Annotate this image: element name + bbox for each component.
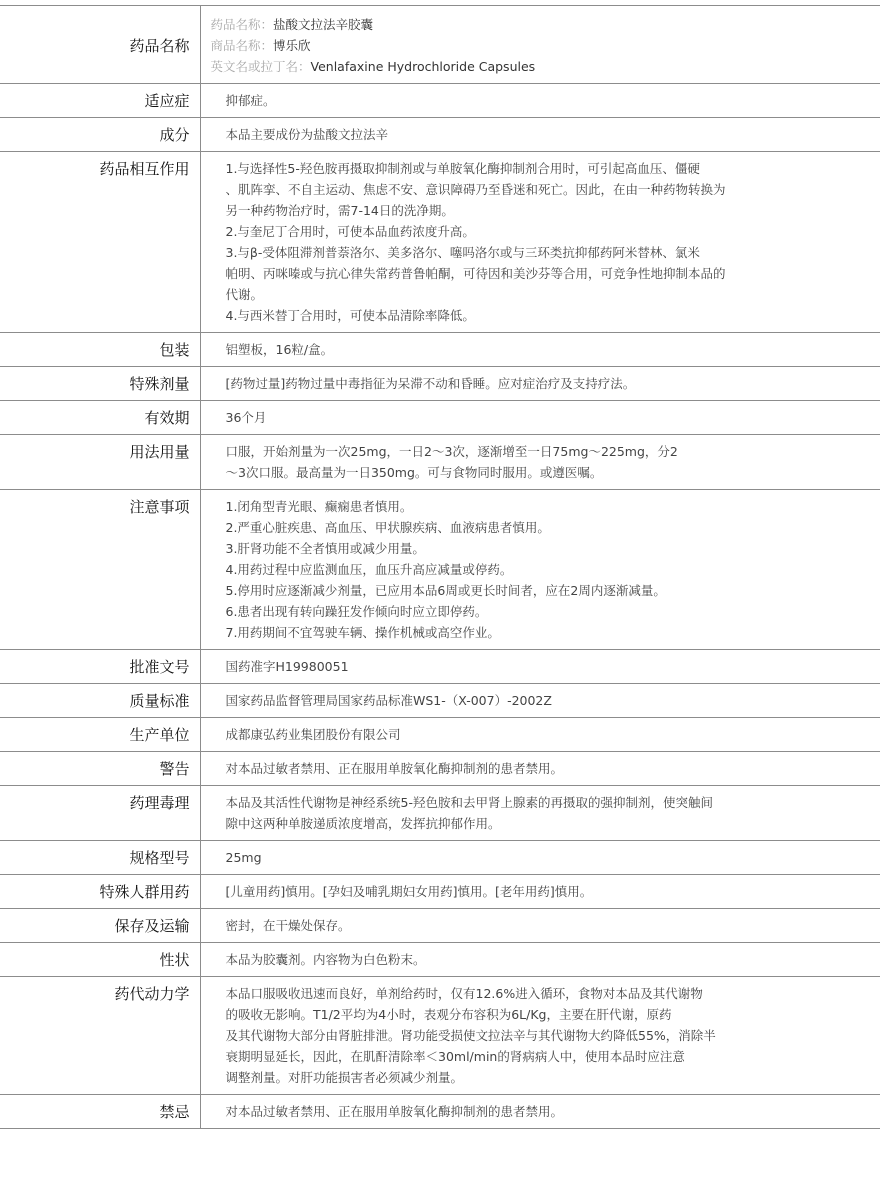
value-line: 本品口服吸收迅速而良好，单剂给药时，仅有12.6%进入循环，食物对本品及其代谢物 [226, 983, 857, 1004]
value-line: 25mg [226, 847, 857, 868]
drug-name-block: 药品名称：盐酸文拉法辛胶囊 商品名称：博乐欣 英文名或拉丁名：Venlafaxi… [201, 6, 880, 79]
row-value: 本品及其活性代谢物是神经系统5-羟色胺和去甲肾上腺素的再摄取的强抑制剂，使突触间… [201, 786, 880, 840]
value-line: 36个月 [226, 407, 857, 428]
value-line: 2.与奎尼丁合用时，可使本品血药浓度升高。 [226, 221, 857, 242]
english-name-value: Venlafaxine Hydrochloride Capsules [311, 59, 536, 74]
row-value: 本品为胶囊剂。内容物为白色粉末。 [201, 943, 880, 976]
spec-row: 包装铝塑板，16粒/盒。 [0, 333, 880, 367]
value-line: 7.用药期间不宜驾驶车辆、操作机械或高空作业。 [226, 622, 857, 643]
value-line: 本品及其活性代谢物是神经系统5-羟色胺和去甲肾上腺素的再摄取的强抑制剂，使突触间 [226, 792, 857, 813]
spec-row: 药代动力学本品口服吸收迅速而良好，单剂给药时，仅有12.6%进入循环，食物对本品… [0, 977, 880, 1095]
row-value-cell: 抑郁症。 [200, 84, 880, 118]
row-label: 生产单位 [0, 718, 190, 745]
row-value-cell: 本品及其活性代谢物是神经系统5-羟色胺和去甲肾上腺素的再摄取的强抑制剂，使突触间… [200, 786, 880, 841]
row-label-cell: 有效期 [0, 401, 200, 435]
row-value: 国家药品监督管理局国家药品标准WS1-（X-007）-2002Z [201, 684, 880, 717]
spec-row: 警告对本品过敏者禁用、正在服用单胺氧化酶抑制剂的患者禁用。 [0, 752, 880, 786]
row-value: [儿童用药]慎用。[孕妇及哺乳期妇女用药]慎用。[老年用药]慎用。 [201, 875, 880, 908]
value-line: 、肌阵挛、不自主运动、焦虑不安、意识障碍乃至昏迷和死亡。因此，在由一种药物转换为 [226, 179, 857, 200]
spec-row: 有效期36个月 [0, 401, 880, 435]
spec-row: 批准文号国药准字H19980051 [0, 650, 880, 684]
row-label: 注意事项 [0, 490, 190, 517]
row-label: 成分 [0, 118, 190, 145]
row-value-cell: 本品主要成份为盐酸文拉法辛 [200, 118, 880, 152]
row-value-cell: 密封，在干燥处保存。 [200, 909, 880, 943]
value-line: 本品为胶囊剂。内容物为白色粉末。 [226, 949, 857, 970]
row-value-cell: 1.闭角型青光眼、癫痫患者慎用。2.严重心脏疾患、高血压、甲状腺疾病、血液病患者… [200, 490, 880, 650]
row-label: 包装 [0, 333, 190, 360]
row-label: 禁忌 [0, 1095, 190, 1122]
row-label: 保存及运输 [0, 909, 190, 936]
row-value-cell: 口服，开始剂量为一次25mg，一日2～3次，逐渐增至一日75mg～225mg，分… [200, 435, 880, 490]
row-value-cell: 36个月 [200, 401, 880, 435]
row-label: 药代动力学 [0, 977, 190, 1004]
row-label: 药品名称 [0, 6, 190, 56]
spec-row: 特殊人群用药[儿童用药]慎用。[孕妇及哺乳期妇女用药]慎用。[老年用药]慎用。 [0, 875, 880, 909]
value-line: 1.与选择性5-羟色胺再摄取抑制剂或与单胺氧化酶抑制剂合用时，可引起高血压、僵硬 [226, 158, 857, 179]
value-line: 3.肝肾功能不全者慎用或减少用量。 [226, 538, 857, 559]
row-value: 对本品过敏者禁用、正在服用单胺氧化酶抑制剂的患者禁用。 [201, 1095, 880, 1128]
row-value: 36个月 [201, 401, 880, 434]
value-line: [儿童用药]慎用。[孕妇及哺乳期妇女用药]慎用。[老年用药]慎用。 [226, 881, 857, 902]
row-label: 特殊人群用药 [0, 875, 190, 902]
value-line: 4.用药过程中应监测血压，血压升高应减量或停药。 [226, 559, 857, 580]
row-value: 口服，开始剂量为一次25mg，一日2～3次，逐渐增至一日75mg～225mg，分… [201, 435, 880, 489]
row-drug-name: 药品名称 药品名称：盐酸文拉法辛胶囊 商品名称：博乐欣 英文名或拉丁名：Venl… [0, 6, 880, 84]
row-value: [药物过量]药物过量中毒指征为呆滞不动和昏睡。应对症治疗及支持疗法。 [201, 367, 880, 400]
row-value-cell: [儿童用药]慎用。[孕妇及哺乳期妇女用药]慎用。[老年用药]慎用。 [200, 875, 880, 909]
row-value-cell: 1.与选择性5-羟色胺再摄取抑制剂或与单胺氧化酶抑制剂合用时，可引起高血压、僵硬… [200, 152, 880, 333]
value-line: 隙中这两种单胺递质浓度增高，发挥抗抑郁作用。 [226, 813, 857, 834]
spec-row: 成分本品主要成份为盐酸文拉法辛 [0, 118, 880, 152]
row-value-cell: 对本品过敏者禁用、正在服用单胺氧化酶抑制剂的患者禁用。 [200, 1095, 880, 1129]
row-label-cell: 保存及运输 [0, 909, 200, 943]
row-label-cell: 适应症 [0, 84, 200, 118]
value-line: 1.闭角型青光眼、癫痫患者慎用。 [226, 496, 857, 517]
spec-row: 规格型号25mg [0, 841, 880, 875]
value-line: 2.严重心脏疾患、高血压、甲状腺疾病、血液病患者慎用。 [226, 517, 857, 538]
row-label: 质量标准 [0, 684, 190, 711]
row-value: 本品口服吸收迅速而良好，单剂给药时，仅有12.6%进入循环，食物对本品及其代谢物… [201, 977, 880, 1094]
row-label: 药理毒理 [0, 786, 190, 813]
value-line: 口服，开始剂量为一次25mg，一日2～3次，逐渐增至一日75mg～225mg，分… [226, 441, 857, 462]
row-label-cell: 特殊人群用药 [0, 875, 200, 909]
row-label: 药品相互作用 [0, 152, 190, 179]
english-name-row: 英文名或拉丁名：Venlafaxine Hydrochloride Capsul… [211, 56, 871, 77]
spec-row: 禁忌对本品过敏者禁用、正在服用单胺氧化酶抑制剂的患者禁用。 [0, 1095, 880, 1129]
trade-name-value: 博乐欣 [273, 38, 311, 53]
row-value-cell: 对本品过敏者禁用、正在服用单胺氧化酶抑制剂的患者禁用。 [200, 752, 880, 786]
value-line: 对本品过敏者禁用、正在服用单胺氧化酶抑制剂的患者禁用。 [226, 1101, 857, 1122]
row-label-cell: 特殊剂量 [0, 367, 200, 401]
row-label-cell: 药品相互作用 [0, 152, 200, 333]
spec-row: 生产单位成都康弘药业集团股份有限公司 [0, 718, 880, 752]
row-label-cell: 药代动力学 [0, 977, 200, 1095]
row-label: 警告 [0, 752, 190, 779]
value-line: [药物过量]药物过量中毒指征为呆滞不动和昏睡。应对症治疗及支持疗法。 [226, 373, 857, 394]
row-value: 对本品过敏者禁用、正在服用单胺氧化酶抑制剂的患者禁用。 [201, 752, 880, 785]
row-label-cell: 性状 [0, 943, 200, 977]
drug-spec-table: 药品名称 药品名称：盐酸文拉法辛胶囊 商品名称：博乐欣 英文名或拉丁名：Venl… [0, 5, 880, 1129]
row-value-cell: 本品口服吸收迅速而良好，单剂给药时，仅有12.6%进入循环，食物对本品及其代谢物… [200, 977, 880, 1095]
value-line: 另一种药物治疗时，需7-14日的洗净期。 [226, 200, 857, 221]
generic-name-value: 盐酸文拉法辛胶囊 [273, 17, 373, 32]
row-value: 25mg [201, 841, 880, 874]
row-label-cell: 生产单位 [0, 718, 200, 752]
value-line: 3.与β-受体阻滞剂普萘洛尔、美多洛尔、噻吗洛尔或与三环类抗抑郁药阿米替林、氯米 [226, 242, 857, 263]
trade-name-key: 商品名称： [211, 38, 274, 53]
row-value: 国药准字H19980051 [201, 650, 880, 683]
value-line: ～3次口服。最高量为一日350mg。可与食物同时服用。或遵医嘱。 [226, 462, 857, 483]
generic-name-row: 药品名称：盐酸文拉法辛胶囊 [211, 14, 871, 35]
value-line: 成都康弘药业集团股份有限公司 [226, 724, 857, 745]
row-label: 规格型号 [0, 841, 190, 868]
spec-row: 特殊剂量[药物过量]药物过量中毒指征为呆滞不动和昏睡。应对症治疗及支持疗法。 [0, 367, 880, 401]
row-label-cell: 注意事项 [0, 490, 200, 650]
row-label: 有效期 [0, 401, 190, 428]
row-label-cell: 警告 [0, 752, 200, 786]
row-label: 性状 [0, 943, 190, 970]
spec-row: 保存及运输密封，在干燥处保存。 [0, 909, 880, 943]
row-value-cell: 25mg [200, 841, 880, 875]
spec-row: 适应症抑郁症。 [0, 84, 880, 118]
value-line: 6.患者出现有转向躁狂发作倾向时应立即停药。 [226, 601, 857, 622]
row-label-cell: 批准文号 [0, 650, 200, 684]
value-line: 密封，在干燥处保存。 [226, 915, 857, 936]
row-value: 1.闭角型青光眼、癫痫患者慎用。2.严重心脏疾患、高血压、甲状腺疾病、血液病患者… [201, 490, 880, 649]
value-line: 本品主要成份为盐酸文拉法辛 [226, 124, 857, 145]
spec-row: 性状本品为胶囊剂。内容物为白色粉末。 [0, 943, 880, 977]
value-line: 帕明、丙咪嗪或与抗心律失常药普鲁帕酮，可待因和美沙芬等合用，可竞争性地抑制本品的 [226, 263, 857, 284]
row-label-cell: 用法用量 [0, 435, 200, 490]
row-label-cell: 质量标准 [0, 684, 200, 718]
row-label-cell: 包装 [0, 333, 200, 367]
trade-name-row: 商品名称：博乐欣 [211, 35, 871, 56]
row-label-cell: 规格型号 [0, 841, 200, 875]
value-line: 抑郁症。 [226, 90, 857, 111]
row-value: 本品主要成份为盐酸文拉法辛 [201, 118, 880, 151]
spec-row: 药理毒理本品及其活性代谢物是神经系统5-羟色胺和去甲肾上腺素的再摄取的强抑制剂，… [0, 786, 880, 841]
spec-row: 注意事项1.闭角型青光眼、癫痫患者慎用。2.严重心脏疾患、高血压、甲状腺疾病、血… [0, 490, 880, 650]
row-label-cell: 药理毒理 [0, 786, 200, 841]
row-value: 成都康弘药业集团股份有限公司 [201, 718, 880, 751]
row-value-cell: [药物过量]药物过量中毒指征为呆滞不动和昏睡。应对症治疗及支持疗法。 [200, 367, 880, 401]
drug-spec-body: 药品名称 药品名称：盐酸文拉法辛胶囊 商品名称：博乐欣 英文名或拉丁名：Venl… [0, 6, 880, 1129]
generic-name-key: 药品名称： [211, 17, 274, 32]
row-label: 适应症 [0, 84, 190, 111]
row-label-cell: 成分 [0, 118, 200, 152]
row-value-cell: 成都康弘药业集团股份有限公司 [200, 718, 880, 752]
row-value-cell: 药品名称：盐酸文拉法辛胶囊 商品名称：博乐欣 英文名或拉丁名：Venlafaxi… [200, 6, 880, 84]
row-value: 抑郁症。 [201, 84, 880, 117]
value-line: 国家药品监督管理局国家药品标准WS1-（X-007）-2002Z [226, 690, 857, 711]
row-value-cell: 国家药品监督管理局国家药品标准WS1-（X-007）-2002Z [200, 684, 880, 718]
english-name-key: 英文名或拉丁名： [211, 59, 311, 74]
row-value-cell: 本品为胶囊剂。内容物为白色粉末。 [200, 943, 880, 977]
value-line: 的吸收无影响。T1/2平均为4小时，表观分布容积为6L/Kg，主要在肝代谢，原药 [226, 1004, 857, 1025]
row-value-cell: 国药准字H19980051 [200, 650, 880, 684]
spec-row: 用法用量口服，开始剂量为一次25mg，一日2～3次，逐渐增至一日75mg～225… [0, 435, 880, 490]
value-line: 国药准字H19980051 [226, 656, 857, 677]
spec-row: 药品相互作用1.与选择性5-羟色胺再摄取抑制剂或与单胺氧化酶抑制剂合用时，可引起… [0, 152, 880, 333]
value-line: 及其代谢物大部分由肾脏排泄。肾功能受损使文拉法辛与其代谢物大约降低55%，消除半 [226, 1025, 857, 1046]
row-label-cell: 药品名称 [0, 6, 200, 84]
value-line: 代谢。 [226, 284, 857, 305]
spec-row: 质量标准国家药品监督管理局国家药品标准WS1-（X-007）-2002Z [0, 684, 880, 718]
row-label-cell: 禁忌 [0, 1095, 200, 1129]
row-label: 用法用量 [0, 435, 190, 462]
row-value: 密封，在干燥处保存。 [201, 909, 880, 942]
value-line: 5.停用时应逐渐减少剂量，已应用本品6周或更长时间者，应在2周内逐渐减量。 [226, 580, 857, 601]
value-line: 4.与西米替丁合用时，可使本品清除率降低。 [226, 305, 857, 326]
row-label: 特殊剂量 [0, 367, 190, 394]
row-value: 1.与选择性5-羟色胺再摄取抑制剂或与单胺氧化酶抑制剂合用时，可引起高血压、僵硬… [201, 152, 880, 332]
value-line: 铝塑板，16粒/盒。 [226, 339, 857, 360]
row-value-cell: 铝塑板，16粒/盒。 [200, 333, 880, 367]
value-line: 调整剂量。对肝功能损害者必须减少剂量。 [226, 1067, 857, 1088]
row-label: 批准文号 [0, 650, 190, 677]
row-value: 铝塑板，16粒/盒。 [201, 333, 880, 366]
value-line: 对本品过敏者禁用、正在服用单胺氧化酶抑制剂的患者禁用。 [226, 758, 857, 779]
value-line: 衰期明显延长，因此，在肌酐清除率＜30ml/min的肾病病人中，使用本品时应注意 [226, 1046, 857, 1067]
